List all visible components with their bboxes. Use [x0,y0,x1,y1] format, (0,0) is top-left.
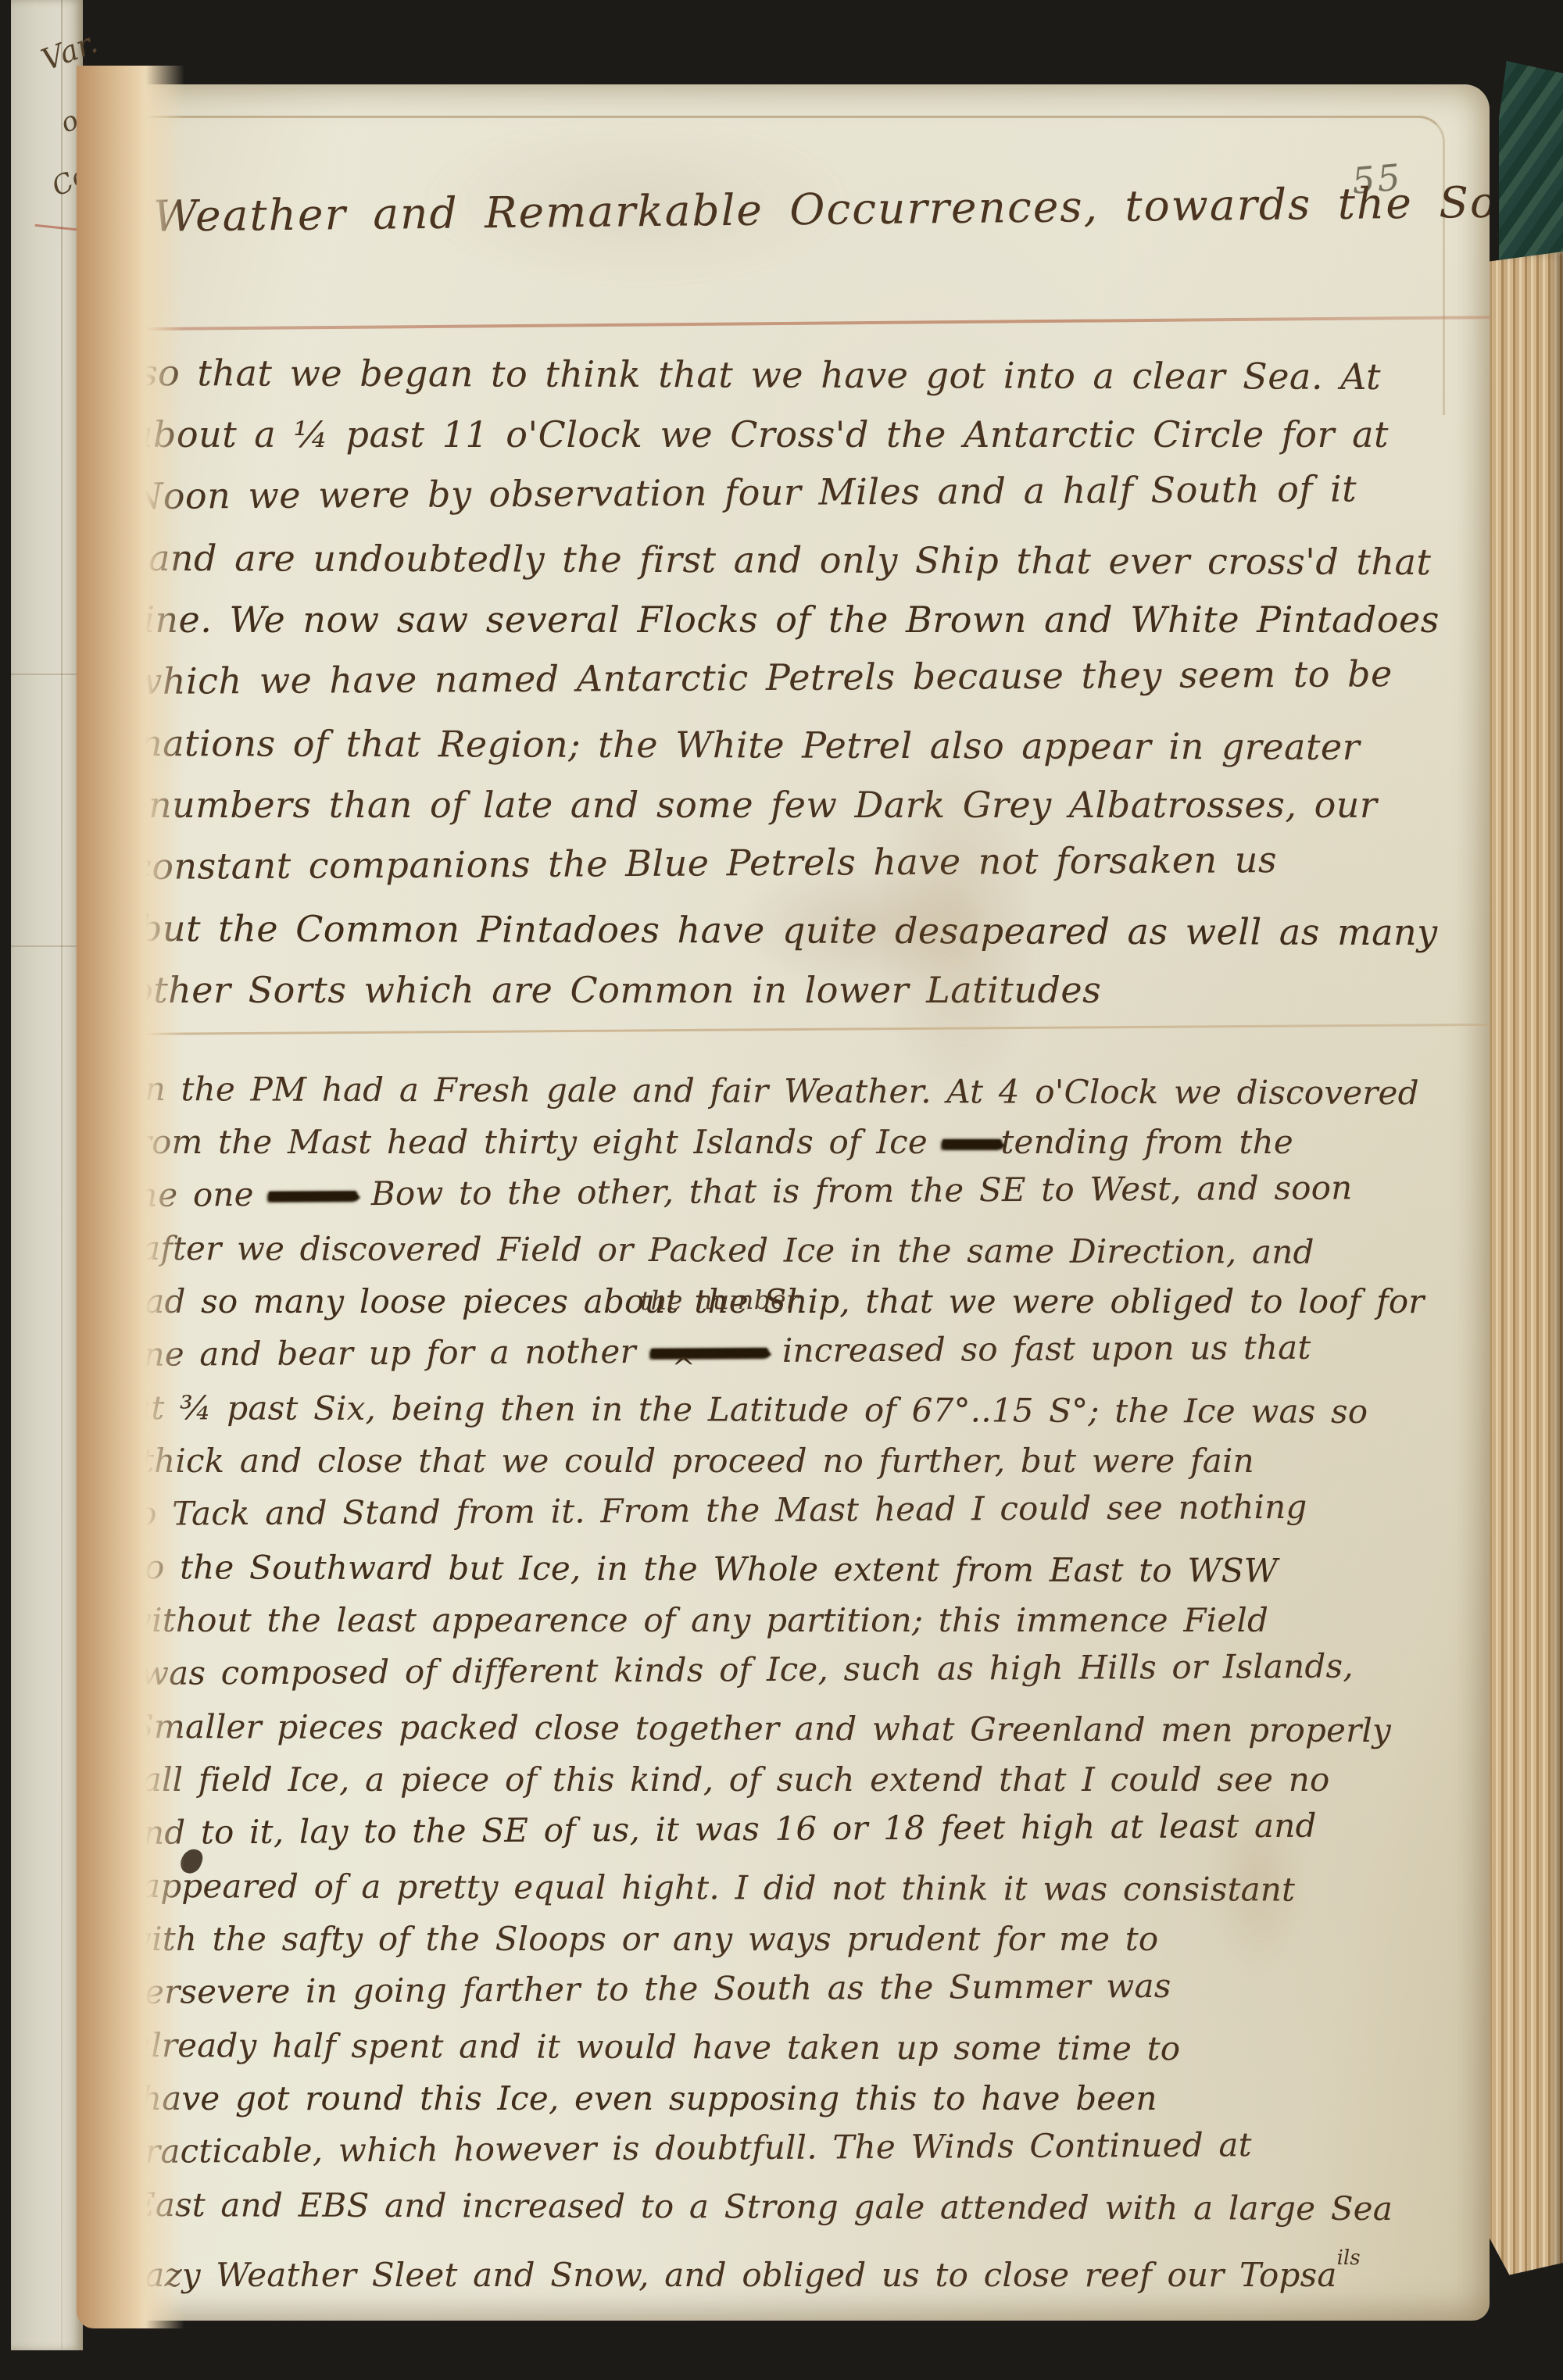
entry-line: end to it, lay to the SE of us, it was 1… [123,1798,1475,1860]
entry-line: to the Southward but Ice, in the Whole e… [131,1541,1475,1598]
entry-line: East and EBS and increased to a Strong g… [131,2178,1475,2235]
entry-line: which we have named Antarctic Petrels be… [131,643,1472,713]
entry-line: with the safty of the Sloops or any ways… [123,1913,1475,1966]
ruled-line [11,674,83,675]
entry-line: have got round this Ice, even supposing … [141,2072,1475,2125]
entry-line-with-insertion: one and bear up for a nother the number—… [123,1320,1475,1381]
line-text: from the Mast head thirty eight Islands … [123,1123,942,1161]
line-text: Bow to the other, that is from the SE to… [356,1168,1352,1213]
entry-line-with-strikeout: from the Mast head thirty eight Islands … [123,1116,1475,1169]
entry-line: other Sorts which are Common in lower La… [131,960,1472,1021]
entry-line: about a ¼ past 11 o'Clock we Cross'd the… [131,404,1472,466]
header-rule [81,316,1490,331]
entry-line: practicable, which however is doubtfull.… [123,2117,1475,2178]
entry-line: nations of that Region; the White Petrel… [139,713,1472,778]
page-fold-line [61,0,63,2350]
caret-mark: ^ [671,1355,696,1383]
manuscript-photo: Var. of th Compa 2. 2 55 Weather and Rem… [0,0,1563,2380]
struck-out-word: ———— [651,1319,767,1384]
book-cover-corner-top [1499,61,1563,266]
entry-line: to Tack and Stand from it. From the Mast… [123,1479,1475,1541]
page-header: Weather and Remarkable Occurrences, towa… [153,177,1461,241]
entry-line: at ¾ past Six, being then in the Latitud… [131,1381,1475,1438]
entry-line: In the PM had a Fresh gale and fair Weat… [131,1063,1475,1120]
entry-line-with-strikeout: the one ——— Bow to the other, that is fr… [123,1160,1475,1222]
previous-page-edge: Var. of th Compa 2. 2 [11,0,83,2350]
entry-line: call field Ice, a piece of this kind, of… [123,1753,1475,1806]
entry-line: constant companions the Blue Petrels hav… [131,828,1472,898]
line-text: increased so fast upon us that [767,1328,1311,1370]
entry-line: and are undoubtedly the first and only S… [148,527,1472,593]
entry-line: appeared of a pretty equal hight. I did … [141,1860,1475,1917]
ruled-line [11,945,83,947]
line-text: tending from the [1000,1123,1293,1161]
entry-line: numbers than of late and some few Dark G… [148,774,1472,836]
journal-page: 55 Weather and Remarkable Occurrences, t… [81,84,1490,2321]
journal-entry-second: In the PM had a Fresh gale and fair Weat… [123,1063,1475,2285]
superscript-word-tail: ils [1337,2246,1361,2270]
line-text: hazy Weather Sleet and Snow, and obliged… [123,2256,1337,2294]
entry-line: so that we began to think that we have g… [139,342,1472,408]
entry-line: thick and close that we could proceed no… [141,1435,1475,1488]
entry-line: after we discovered Field or Packed Ice … [141,1222,1475,1279]
entry-line: without the least appearence of any part… [123,1594,1475,1647]
line-text: one and bear up for a nother [123,1332,652,1374]
correction-group: the number————^ [651,1324,767,1378]
interlinear-insertion: the number [640,1287,799,1313]
entry-line: but the Common Pintadoes have quite desa… [139,898,1472,963]
marginal-fragment-var: Var. [37,25,102,77]
entry-divider-rule [103,1024,1490,1035]
entry-line: persevere in going farther to the South … [123,1957,1475,2019]
entry-line: already half spent and it would have tak… [131,2019,1475,2076]
entry-line: Smaller pieces packed close together and… [131,1700,1475,1757]
struck-out-word: ——— [269,1162,356,1226]
entry-line: was composed of different kinds of Ice, … [141,1639,1475,1700]
fore-edge-page-stack [1486,252,1563,2283]
journal-entry-first: so that we began to think that we have g… [131,342,1472,1021]
line-text: the one [123,1175,270,1214]
entry-line: had so many loose pieces about the Ship,… [123,1275,1475,1328]
entry-line-with-superscript: hazy Weather Sleet and Snow, and obliged… [123,2232,1475,2285]
entry-line: Noon we were by observation four Miles a… [131,458,1472,527]
entry-line: line. We now saw several Flocks of the B… [131,589,1472,651]
